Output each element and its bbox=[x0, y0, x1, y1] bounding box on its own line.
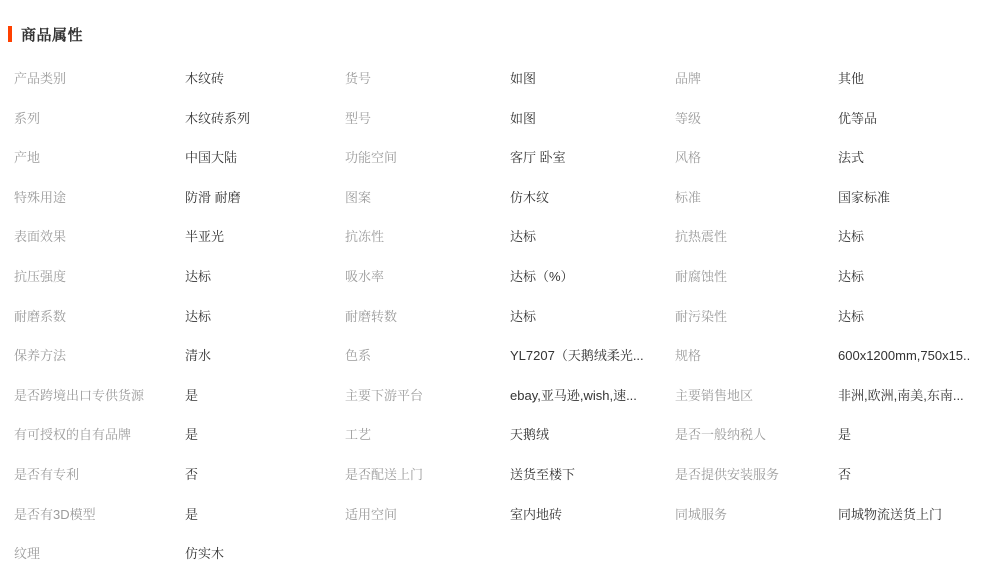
attribute-label: 耐磨系数 bbox=[14, 309, 185, 325]
attribute-label: 色系 bbox=[345, 348, 510, 364]
attribute-label: 纹理 bbox=[14, 546, 185, 562]
attribute-value: 如图 bbox=[510, 111, 675, 127]
attribute-label: 品牌 bbox=[675, 71, 838, 87]
attribute-label: 抗冻性 bbox=[345, 229, 510, 245]
attribute-label: 同城服务 bbox=[675, 507, 838, 523]
attribute-value: 优等品 bbox=[838, 111, 971, 127]
attribute-label: 耐污染性 bbox=[675, 309, 838, 325]
attribute-label: 产地 bbox=[14, 150, 185, 166]
attribute-value: 木纹砖 bbox=[185, 71, 345, 87]
attributes-table: 产品类别木纹砖货号如图品牌其他系列木纹砖系列型号如图等级优等品产地中国大陆功能空… bbox=[0, 59, 985, 572]
attribute-value: 达标 bbox=[510, 229, 675, 245]
attribute-label: 是否跨境出口专供货源 bbox=[14, 388, 185, 404]
attribute-label: 有可授权的自有品牌 bbox=[14, 427, 185, 443]
attribute-label: 标准 bbox=[675, 190, 838, 206]
attribute-label: 系列 bbox=[14, 111, 185, 127]
product-attributes-section: 商品属性 产品类别木纹砖货号如图品牌其他系列木纹砖系列型号如图等级优等品产地中国… bbox=[0, 0, 985, 572]
attribute-label: 功能空间 bbox=[345, 150, 510, 166]
attribute-label: 耐腐蚀性 bbox=[675, 269, 838, 285]
attribute-value: YL7207（天鹅绒柔光... bbox=[510, 348, 675, 364]
attribute-label: 型号 bbox=[345, 111, 510, 127]
attribute-value: 达标 bbox=[838, 229, 971, 245]
attribute-label: 货号 bbox=[345, 71, 510, 87]
attribute-value: 达标 bbox=[185, 269, 345, 285]
attribute-value: 送货至楼下 bbox=[510, 467, 675, 483]
attribute-label: 保养方法 bbox=[14, 348, 185, 364]
attribute-value: 室内地砖 bbox=[510, 507, 675, 523]
attribute-label: 产品类别 bbox=[14, 71, 185, 87]
attribute-value: 是 bbox=[838, 427, 971, 443]
attribute-value: 达标（%） bbox=[510, 269, 675, 285]
section-header: 商品属性 bbox=[0, 24, 985, 44]
attribute-value: 达标 bbox=[185, 309, 345, 325]
attribute-value: 其他 bbox=[838, 71, 971, 87]
attribute-value: 如图 bbox=[510, 71, 675, 87]
attribute-value: 否 bbox=[185, 467, 345, 483]
attribute-label: 特殊用途 bbox=[14, 190, 185, 206]
attribute-value: 是 bbox=[185, 388, 345, 404]
attribute-value: 天鹅绒 bbox=[510, 427, 675, 443]
attribute-label: 主要下游平台 bbox=[345, 388, 510, 404]
attribute-value: 防滑 耐磨 bbox=[185, 190, 345, 206]
attribute-value: 达标 bbox=[510, 309, 675, 325]
attribute-value: 法式 bbox=[838, 150, 971, 166]
attribute-label: 吸水率 bbox=[345, 269, 510, 285]
attribute-label: 抗热震性 bbox=[675, 229, 838, 245]
accent-bar-icon bbox=[8, 26, 12, 42]
attribute-label: 是否提供安装服务 bbox=[675, 467, 838, 483]
attribute-value: 半亚光 bbox=[185, 229, 345, 245]
attribute-label: 主要销售地区 bbox=[675, 388, 838, 404]
attribute-value: 仿实木 bbox=[185, 546, 345, 562]
attribute-label: 规格 bbox=[675, 348, 838, 364]
attribute-label: 耐磨转数 bbox=[345, 309, 510, 325]
attribute-value: 600x1200mm,750x15... bbox=[838, 348, 971, 364]
attribute-label: 抗压强度 bbox=[14, 269, 185, 285]
attribute-label: 是否配送上门 bbox=[345, 467, 510, 483]
attribute-value: 中国大陆 bbox=[185, 150, 345, 166]
attribute-label: 是否有专利 bbox=[14, 467, 185, 483]
attribute-value: 仿木纹 bbox=[510, 190, 675, 206]
attribute-label: 是否有3D模型 bbox=[14, 507, 185, 523]
section-title: 商品属性 bbox=[21, 24, 83, 45]
attribute-label: 图案 bbox=[345, 190, 510, 206]
attribute-label: 适用空间 bbox=[345, 507, 510, 523]
attribute-label: 表面效果 bbox=[14, 229, 185, 245]
attribute-value: 木纹砖系列 bbox=[185, 111, 345, 127]
attribute-value: 达标 bbox=[838, 309, 971, 325]
attribute-value: 非洲,欧洲,南美,东南... bbox=[838, 388, 971, 404]
attribute-value: 清水 bbox=[185, 348, 345, 364]
attribute-label: 工艺 bbox=[345, 427, 510, 443]
attribute-value: 是 bbox=[185, 427, 345, 443]
attribute-value: ebay,亚马逊,wish,速... bbox=[510, 388, 675, 404]
attribute-label: 等级 bbox=[675, 111, 838, 127]
attribute-value: 国家标准 bbox=[838, 190, 971, 206]
attribute-label: 风格 bbox=[675, 150, 838, 166]
attribute-label: 是否一般纳税人 bbox=[675, 427, 838, 443]
attribute-value: 是 bbox=[185, 507, 345, 523]
attribute-value: 否 bbox=[838, 467, 971, 483]
attribute-value: 达标 bbox=[838, 269, 971, 285]
attribute-value: 同城物流送货上门 bbox=[838, 507, 971, 523]
attribute-value: 客厅 卧室 bbox=[510, 150, 675, 166]
